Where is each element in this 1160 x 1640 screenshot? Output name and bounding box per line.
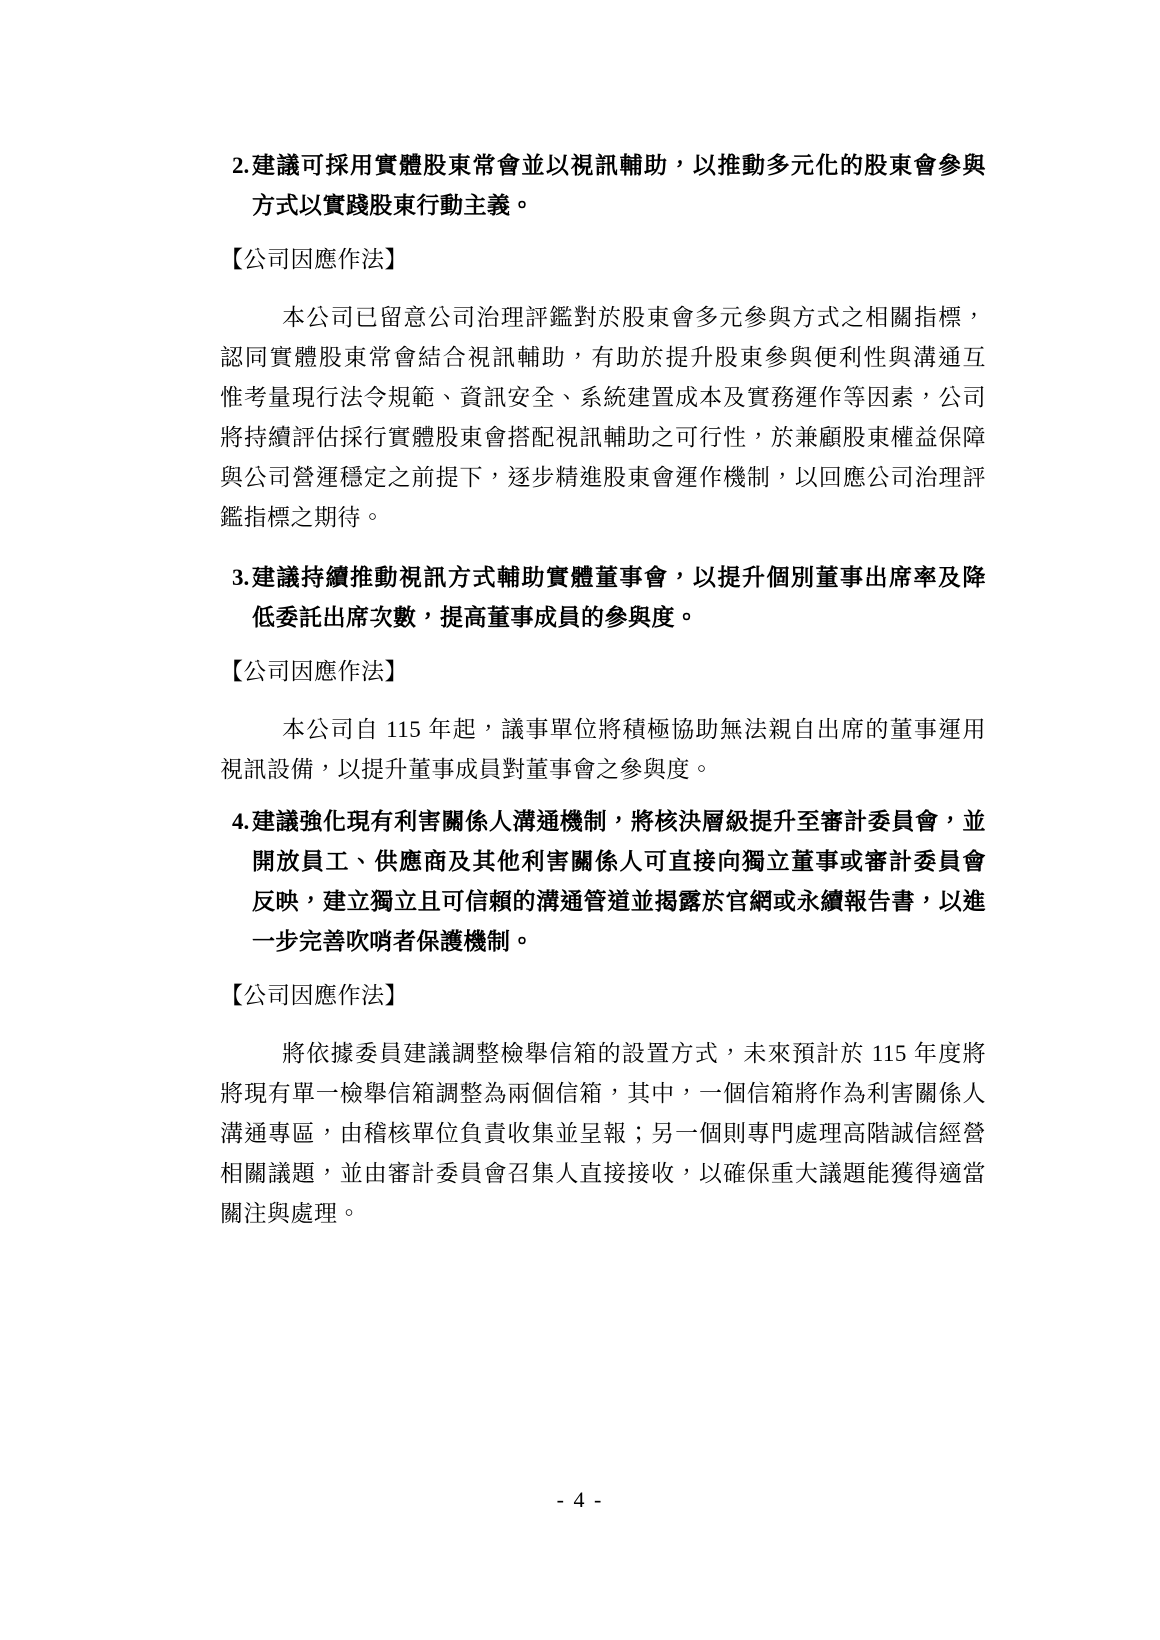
response-paragraph-3: 將依據委員建議調整檢舉信箱的設置方式，未來預計於 115 年度將 將現有單一檢舉… bbox=[220, 1034, 986, 1234]
text-line: 將現有單一檢舉信箱調整為兩個信箱，其中，一個信箱將作為利害關係人 bbox=[220, 1074, 986, 1114]
item-number: 3. bbox=[232, 558, 249, 598]
recommendation-item-2: 2. 建議可採用實體股東常會並以視訊輔助，以推動多元化的股東會參與 方式以實踐股… bbox=[232, 146, 986, 226]
page-content: 2. 建議可採用實體股東常會並以視訊輔助，以推動多元化的股東會參與 方式以實踐股… bbox=[220, 146, 986, 1234]
text-line: 方式以實踐股東行動主義。 bbox=[252, 186, 986, 226]
text-line: 本公司已留意公司治理評鑑對於股東會多元參與方式之相關指標，並 bbox=[220, 298, 986, 338]
text-line: 視訊設備，以提升董事成員對董事會之參與度。 bbox=[220, 750, 986, 790]
company-response-label: 【公司因應作法】 bbox=[220, 652, 986, 692]
document-page: 2. 建議可採用實體股東常會並以視訊輔助，以推動多元化的股東會參與 方式以實踐股… bbox=[0, 0, 1160, 1640]
item-number: 4. bbox=[232, 802, 249, 842]
text-line: 建議持續推動視訊方式輔助實體董事會，以提升個別董事出席率及降 bbox=[252, 558, 986, 598]
text-line: 低委託出席次數，提高董事成員的參與度。 bbox=[252, 598, 986, 638]
text-line: 建議強化現有利害關係人溝通機制，將核決層級提升至審計委員會，並 bbox=[252, 802, 986, 842]
text-line: 一步完善吹哨者保護機制。 bbox=[252, 922, 986, 962]
text-line: 惟考量現行法令規範、資訊安全、系統建置成本及實務運作等因素，公司 bbox=[220, 378, 986, 418]
recommendation-item-3: 3. 建議持續推動視訊方式輔助實體董事會，以提升個別董事出席率及降 低委託出席次… bbox=[232, 558, 986, 638]
text-line: 相關議題，並由審計委員會召集人直接接收，以確保重大議題能獲得適當 bbox=[220, 1154, 986, 1194]
recommendation-item-4: 4. 建議強化現有利害關係人溝通機制，將核決層級提升至審計委員會，並 開放員工、… bbox=[232, 802, 986, 962]
text-line: 本公司自 115 年起，議事單位將積極協助無法親自出席的董事運用 bbox=[220, 710, 986, 750]
text-line: 認同實體股東常會結合視訊輔助，有助於提升股東參與便利性與溝通互動。 bbox=[220, 338, 986, 378]
text-line: 關注與處理。 bbox=[220, 1194, 986, 1234]
text-line: 將持續評估採行實體股東會搭配視訊輔助之可行性，於兼顧股東權益保障 bbox=[220, 418, 986, 458]
text-line: 【公司因應作法】 bbox=[220, 976, 986, 1016]
item-number: 2. bbox=[232, 146, 249, 186]
text-line: 與公司營運穩定之前提下，逐步精進股東會運作機制，以回應公司治理評 bbox=[220, 458, 986, 498]
text-line: 反映，建立獨立且可信賴的溝通管道並揭露於官網或永續報告書，以進 bbox=[252, 882, 986, 922]
company-response-label: 【公司因應作法】 bbox=[220, 240, 986, 280]
response-paragraph-2: 本公司自 115 年起，議事單位將積極協助無法親自出席的董事運用 視訊設備，以提… bbox=[220, 710, 986, 790]
text-line: 【公司因應作法】 bbox=[220, 652, 986, 692]
text-line: 【公司因應作法】 bbox=[220, 240, 986, 280]
response-paragraph-1: 本公司已留意公司治理評鑑對於股東會多元參與方式之相關指標，並 認同實體股東常會結… bbox=[220, 298, 986, 538]
text-line: 鑑指標之期待。 bbox=[220, 498, 986, 538]
company-response-label: 【公司因應作法】 bbox=[220, 976, 986, 1016]
text-line: 建議可採用實體股東常會並以視訊輔助，以推動多元化的股東會參與 bbox=[252, 146, 986, 186]
text-line: 開放員工、供應商及其他利害關係人可直接向獨立董事或審計委員會 bbox=[252, 842, 986, 882]
page-number: - 4 - bbox=[0, 1480, 1160, 1520]
text-line: 將依據委員建議調整檢舉信箱的設置方式，未來預計於 115 年度將 bbox=[220, 1034, 986, 1074]
text-line: 溝通專區，由稽核單位負責收集並呈報；另一個則專門處理高階誠信經營 bbox=[220, 1114, 986, 1154]
